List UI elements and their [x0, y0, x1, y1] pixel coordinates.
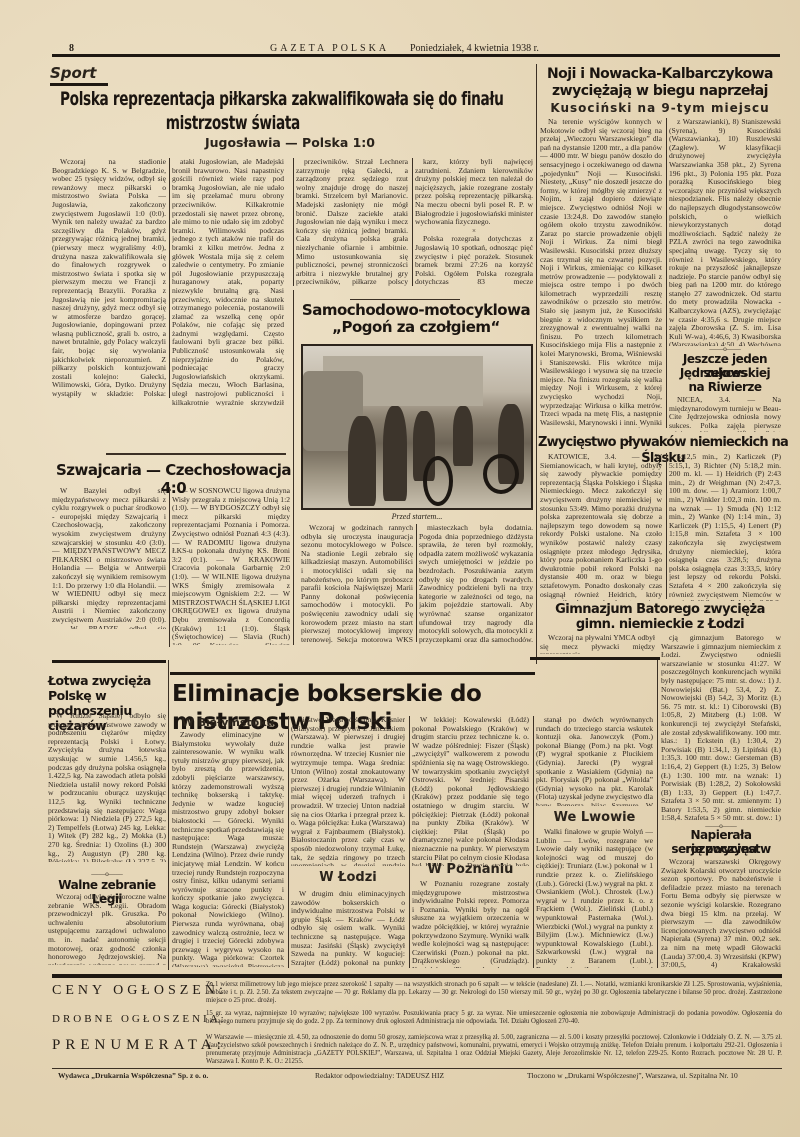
main-col-3-text: przeciwników. Strzał Lechnera zatrzymuje…: [296, 158, 408, 286]
latvia-body-text: W Rudzie Śląskiej odbyło się wczoraj mię…: [48, 712, 166, 862]
column-rule: [293, 290, 294, 645]
main-subheadline: Jugosławia — Polska 1:0: [195, 135, 385, 150]
tennis-body-text: NICEA, 3.4. — Na międzynarodowym turniej…: [669, 396, 781, 432]
box-col-1-text: Zawody eliminacyjne w Białymstoku wywoła…: [172, 731, 284, 967]
small-ads-text: 15 gr. za wyraz, najmniejsze 10 wyrazów;…: [206, 1010, 782, 1036]
footer-bottom-rule: [52, 1068, 782, 1069]
run-headline-line2: zwyciężają w biegu naprzełaj: [540, 83, 780, 99]
box-col-4-text: stanął po dwóch wyrównanych rundach do t…: [536, 716, 653, 806]
latvia-body: W Rudzie Śląskiej odbyło się wczoraj mię…: [48, 712, 166, 862]
cycling-body-text: Wczoraj warszawski Okręgowy Związek Kola…: [661, 858, 781, 970]
masthead-title: GAZETA POLSKA: [270, 43, 389, 54]
separator-rule: [530, 657, 660, 660]
printer: Tłoczono w „Drukarni Współczesnej”, Wars…: [527, 1071, 738, 1080]
box-subhead-bialystok: W Białymstoku: [172, 716, 284, 729]
main-col-4: karz, którzy byli najwięcej zatrudnieni.…: [415, 158, 533, 286]
gym-col-2: cją gimnazjum Batorego w Warszawie i gim…: [661, 634, 781, 822]
box-col-4: stanął po dwóch wyrównanych rundach do t…: [536, 716, 653, 806]
moto-col-2-text: miasteczkach była dodatnia. Pogoda dnia …: [419, 524, 533, 644]
column-rule: [666, 453, 667, 599]
gym-col-2-text: cją gimnazjum Batorego w Warszawie i gim…: [661, 634, 781, 822]
subscription-label: PRENUMERATA:: [52, 1037, 226, 1054]
ads-text: Za 1 wiersz milimetrowy lub jego miejsce…: [206, 981, 782, 1007]
swim-col-2-text: 5:12,5 min., 2) Karliczek (P) 5:15,1, 3)…: [669, 453, 781, 601]
moto-headline-line1: Samochodowo-motocyklowa: [298, 302, 534, 319]
column-rule: [169, 487, 170, 647]
box-subhead-lwow: We Lwowie: [536, 810, 653, 825]
moto-col-1: Wczoraj w godzinach rannych odbyła się u…: [301, 524, 413, 644]
swim-col-1-text: KATOWICE, 3.4. — W Siemianowicach, w hal…: [540, 453, 662, 601]
publisher: Wydawca „Drukarnia Współczesna” Sp. z o.…: [58, 1071, 208, 1080]
masthead-date: Poniedziałek, 4 kwietnia 1938 r.: [410, 43, 539, 54]
column-rule: [288, 716, 289, 968]
newspaper-page: 8 GAZETA POLSKA Poniedziałek, 4 kwietnia…: [0, 0, 800, 1137]
cycling-headline-line2: serję zwycięstw: [658, 842, 784, 856]
subscription-text: W Warszawie — miesięcznie zł. 4.50, za o…: [206, 1034, 782, 1068]
page-number: 8: [69, 43, 74, 54]
box-col-1: Zawody eliminacyjne w Białymstoku wywoła…: [172, 731, 284, 967]
main-col-4-tail: Polska rozegrała dotychczas z Jugosławią…: [415, 235, 533, 286]
separator: ——o——: [48, 870, 166, 878]
photo-figure: [453, 406, 473, 466]
moto-headline-line2: „Pogoń za czołgiem“: [298, 319, 534, 336]
footer-rule: [52, 974, 782, 978]
photo-caption: Przed startem...: [301, 512, 533, 521]
box-col-3-tail-text: W Poznaniu rozegrane zostały międzygrupo…: [412, 880, 529, 968]
swiss-col-2-text: — W SOSNOWCU ligowa drużyna Wisły przegr…: [172, 487, 290, 645]
main-headline-line1: Polska reprezentacja piłkarska zakwalifi…: [60, 88, 528, 110]
column-rule: [409, 716, 410, 968]
small-ads-label: DROBNE OGŁOSZENIA:: [52, 1013, 227, 1025]
tennis-headline-line3: na Riwierze: [666, 380, 784, 394]
box-col-3: W lekkiej: Kowalewski (Łódź) pokonał Pow…: [412, 716, 529, 866]
box-col-2-tail-text: W drugim dniu eliminacyjnych zawodów bok…: [291, 890, 405, 968]
moto-col-1-text: Wczoraj w godzinach rannych odbyła się u…: [301, 524, 413, 644]
main-col-2: ataki Jugosłowian, ale Madejski bronił b…: [172, 158, 284, 406]
main-col-1-text: Wczoraj na stadionie Beogradzkiego K. S.…: [52, 158, 166, 400]
main-col-2-text: ataki Jugosłowian, ale Madejski bronił b…: [172, 158, 284, 406]
swim-col-1: KATOWICE, 3.4. — W Siemianowicach, w hal…: [540, 453, 662, 601]
separator-rule: [106, 453, 286, 455]
main-col-4-text: karz, którzy byli najwięcej zatrudnieni.…: [415, 158, 533, 227]
swiss-col-1: W Bazylei odbył się międzypaństwowy mecz…: [52, 487, 166, 629]
box-col-2: cięstwo. Waga półśrednia: Kusnier (Biały…: [291, 716, 405, 866]
separator-rule: [350, 299, 460, 300]
photo-figure: [383, 406, 407, 501]
subscription-text-content: W Warszawie — miesięcznie zł. 4.50, za o…: [206, 1034, 782, 1065]
column-rule: [169, 158, 170, 398]
photo-figure: [348, 416, 376, 506]
gym-col-1: Wczoraj na pływalni YMCA odbył się mecz …: [540, 634, 655, 654]
photo-motorcycle-wheel: [423, 456, 453, 506]
masthead-rule: [52, 54, 780, 57]
main-headline-line2: mistrzostw świata: [60, 112, 406, 134]
section-label: Sport: [50, 64, 96, 82]
separator-rule: [52, 660, 166, 663]
column-rule: [293, 158, 294, 286]
box-col-3-text: W lekkiej: Kowalewski (Łódź) pokonał Pow…: [412, 716, 529, 866]
column-rule: [168, 660, 169, 970]
cycling-body: Wczoraj warszawski Okręgowy Związek Kola…: [661, 858, 781, 970]
swiss-col-2: — W SOSNOWCU ligowa drużyna Wisły przegr…: [172, 487, 290, 645]
tennis-body: NICEA, 3.4. — Na międzynarodowym turniej…: [669, 396, 781, 432]
run-col-2: z Warszawianki), 8) Staniszewski (Syrena…: [669, 118, 781, 346]
column-rule: [533, 716, 534, 968]
small-ads-text-content: 15 gr. za wyraz, najmniejsze 10 wyrazów;…: [206, 1010, 782, 1025]
run-headline-line1: Noji i Nowacka-Kalbarczykowa: [540, 66, 780, 82]
section-rule: [50, 83, 108, 86]
main-col-3: przeciwników. Strzał Lechnera zatrzymuje…: [296, 158, 408, 286]
editor: Redaktor odpowiedzialny: TADEUSZ HIZ: [315, 1071, 444, 1080]
box-col-4-tail: Walki finałowe w grupie Wołyń — Lublin —…: [536, 828, 653, 968]
swim-col-2: 5:12,5 min., 2) Karliczek (P) 5:15,1, 3)…: [669, 453, 781, 601]
run-col-1-text: Na terenie wyścigów konnych w Mokotowie …: [540, 118, 662, 428]
ads-label: CENY OGŁOSZEŃ:: [52, 983, 227, 999]
moto-col-2: miasteczkach była dodatnia. Pogoda dnia …: [419, 524, 533, 644]
photo-motorcycle-wheel: [483, 454, 519, 494]
tennis-headline-line2: Jędrzejowskiej: [666, 366, 784, 380]
run-col-1: Na terenie wyścigów konnych w Mokotowie …: [540, 118, 662, 428]
box-subhead-lodz: W Łodzi: [291, 870, 405, 885]
run-col-2-text: z Warszawianki), 8) Staniszewski (Syrena…: [669, 118, 781, 346]
legia-body: Wczoraj odbyło się doroczne walne zebran…: [48, 893, 166, 965]
column-rule: [412, 158, 413, 286]
run-subheadline: Kusociński na 9-tym miejscu: [540, 101, 780, 115]
gym-headline-line2: gimn. niemieckie z Łodzi: [540, 617, 780, 632]
box-col-2-tail: W drugim dniu eliminacyjnych zawodów bok…: [291, 890, 405, 968]
column-rule: [536, 64, 537, 664]
box-subhead-poznan: W Poznaniu: [412, 862, 529, 877]
box-col-4-tail-text: Walki finałowe w grupie Wołyń — Lublin —…: [536, 828, 653, 968]
column-rule: [657, 660, 658, 968]
gym-headline-line1: Gimnazjum Batorego zwycięża: [540, 602, 780, 617]
moto-photo: [301, 344, 533, 510]
ads-text-content: Za 1 wiersz milimetrowy lub jego miejsce…: [206, 981, 782, 1004]
box-col-2-text: cięstwo. Waga półśrednia: Kusnier (Biały…: [291, 716, 405, 866]
box-col-3-tail: W Poznaniu rozegrane zostały międzygrupo…: [412, 880, 529, 968]
separator-rule: [170, 672, 535, 675]
main-col-1: Wczoraj na stadionie Beogradzkiego K. S.…: [52, 158, 166, 400]
column-rule: [416, 524, 417, 642]
legia-body-text: Wczoraj odbyło się doroczne walne zebran…: [48, 893, 166, 965]
swiss-col-1-text: W Bazylei odbył się międzypaństwowy mecz…: [52, 487, 166, 629]
gym-col-1-text: Wczoraj na pływalni YMCA odbył się mecz …: [540, 634, 655, 654]
